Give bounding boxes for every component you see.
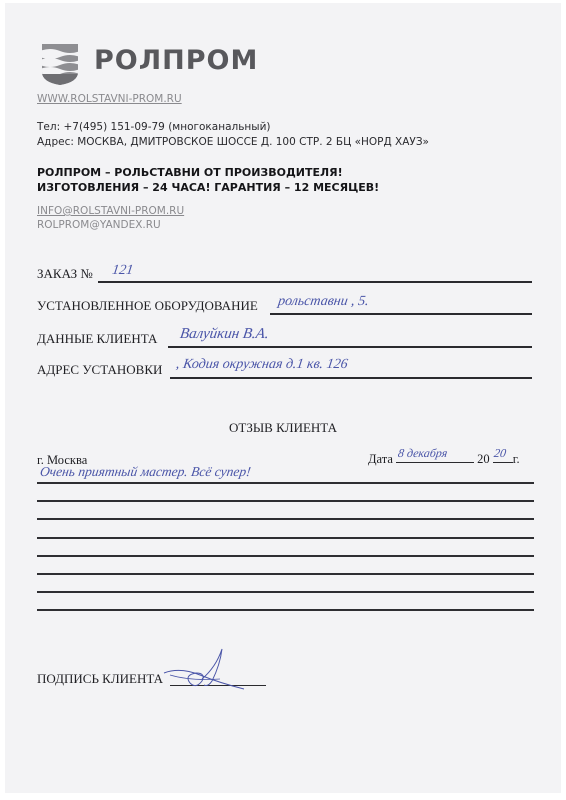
review-line-empty[interactable] [37,573,534,575]
phone-text: Тел: +7(495) 151-09-79 (многоканальный) [37,121,271,133]
order-number-line [98,281,532,283]
review-line-empty[interactable] [37,500,534,502]
year-line: 20 [493,450,513,463]
client-data-label: ДАННЫЕ КЛИЕНТА [37,331,157,347]
brand-name: РОЛПРОМ [94,45,258,76]
year-end: г. [513,452,520,466]
date-day-month-value[interactable]: 8 декабря [397,446,448,461]
slogan-line-2: ИЗГОТОВЛЕНИЯ – 24 ЧАСА! ГАРАНТИЯ – 12 МЕ… [37,180,379,195]
review-line-empty[interactable] [37,518,534,520]
review-line-empty[interactable] [37,537,534,539]
year-suffix-value[interactable]: 20 [493,446,507,461]
date-day-month-line: 8 декабря [396,450,474,463]
client-data-line [168,346,532,348]
signature-scribble-icon[interactable] [160,645,250,695]
equipment-line [270,313,532,315]
year-prefix: 20 [477,452,490,466]
install-address-label: АДРЕС УСТАНОВКИ [37,362,162,378]
install-address-line [170,377,532,379]
equipment-value[interactable]: рольставни , 5. [277,294,370,310]
slogan-line-1: РОЛПРОМ – РОЛЬСТАВНИ ОТ ПРОИЗВОДИТЕЛЯ! [37,165,379,180]
date-field: Дата 8 декабря 20 20 г. [368,450,520,467]
website-link[interactable]: WWW.ROLSTAVNI-PROM.RU [37,93,182,105]
order-number-value[interactable]: 121 [111,263,134,279]
review-line-empty[interactable] [37,609,534,611]
date-label: Дата [368,452,393,466]
address-text: Адрес: МОСКВА, ДМИТРОВСКОЕ ШОССЕ Д. 100 … [37,136,429,148]
wave-shield-icon [40,42,80,86]
slogan: РОЛПРОМ – РОЛЬСТАВНИ ОТ ПРОИЗВОДИТЕЛЯ! И… [37,165,379,195]
review-title: ОТЗЫВ КЛИЕНТА [0,420,566,436]
email-link-info[interactable]: INFO@ROLSTAVNI-PROM.RU [37,205,184,217]
review-text[interactable]: Очень приятный мастер. Всё супер! [39,464,252,480]
order-number-label: ЗАКАЗ № [37,266,93,282]
client-data-value[interactable]: Валуйкин В.А. [179,326,270,343]
review-line-empty[interactable] [37,555,534,557]
equipment-label: УСТАНОВЛЕННОЕ ОБОРУДОВАНИЕ [37,298,258,314]
install-address-value[interactable]: , Кодия окружная д.1 кв. 126 [175,357,349,373]
review-line-empty[interactable] [37,591,534,593]
signature-label: ПОДПИСЬ КЛИЕНТА [37,671,163,687]
email-text-yandex: ROLPROM@YANDEX.RU [37,219,161,231]
review-line-filled[interactable] [37,482,534,484]
